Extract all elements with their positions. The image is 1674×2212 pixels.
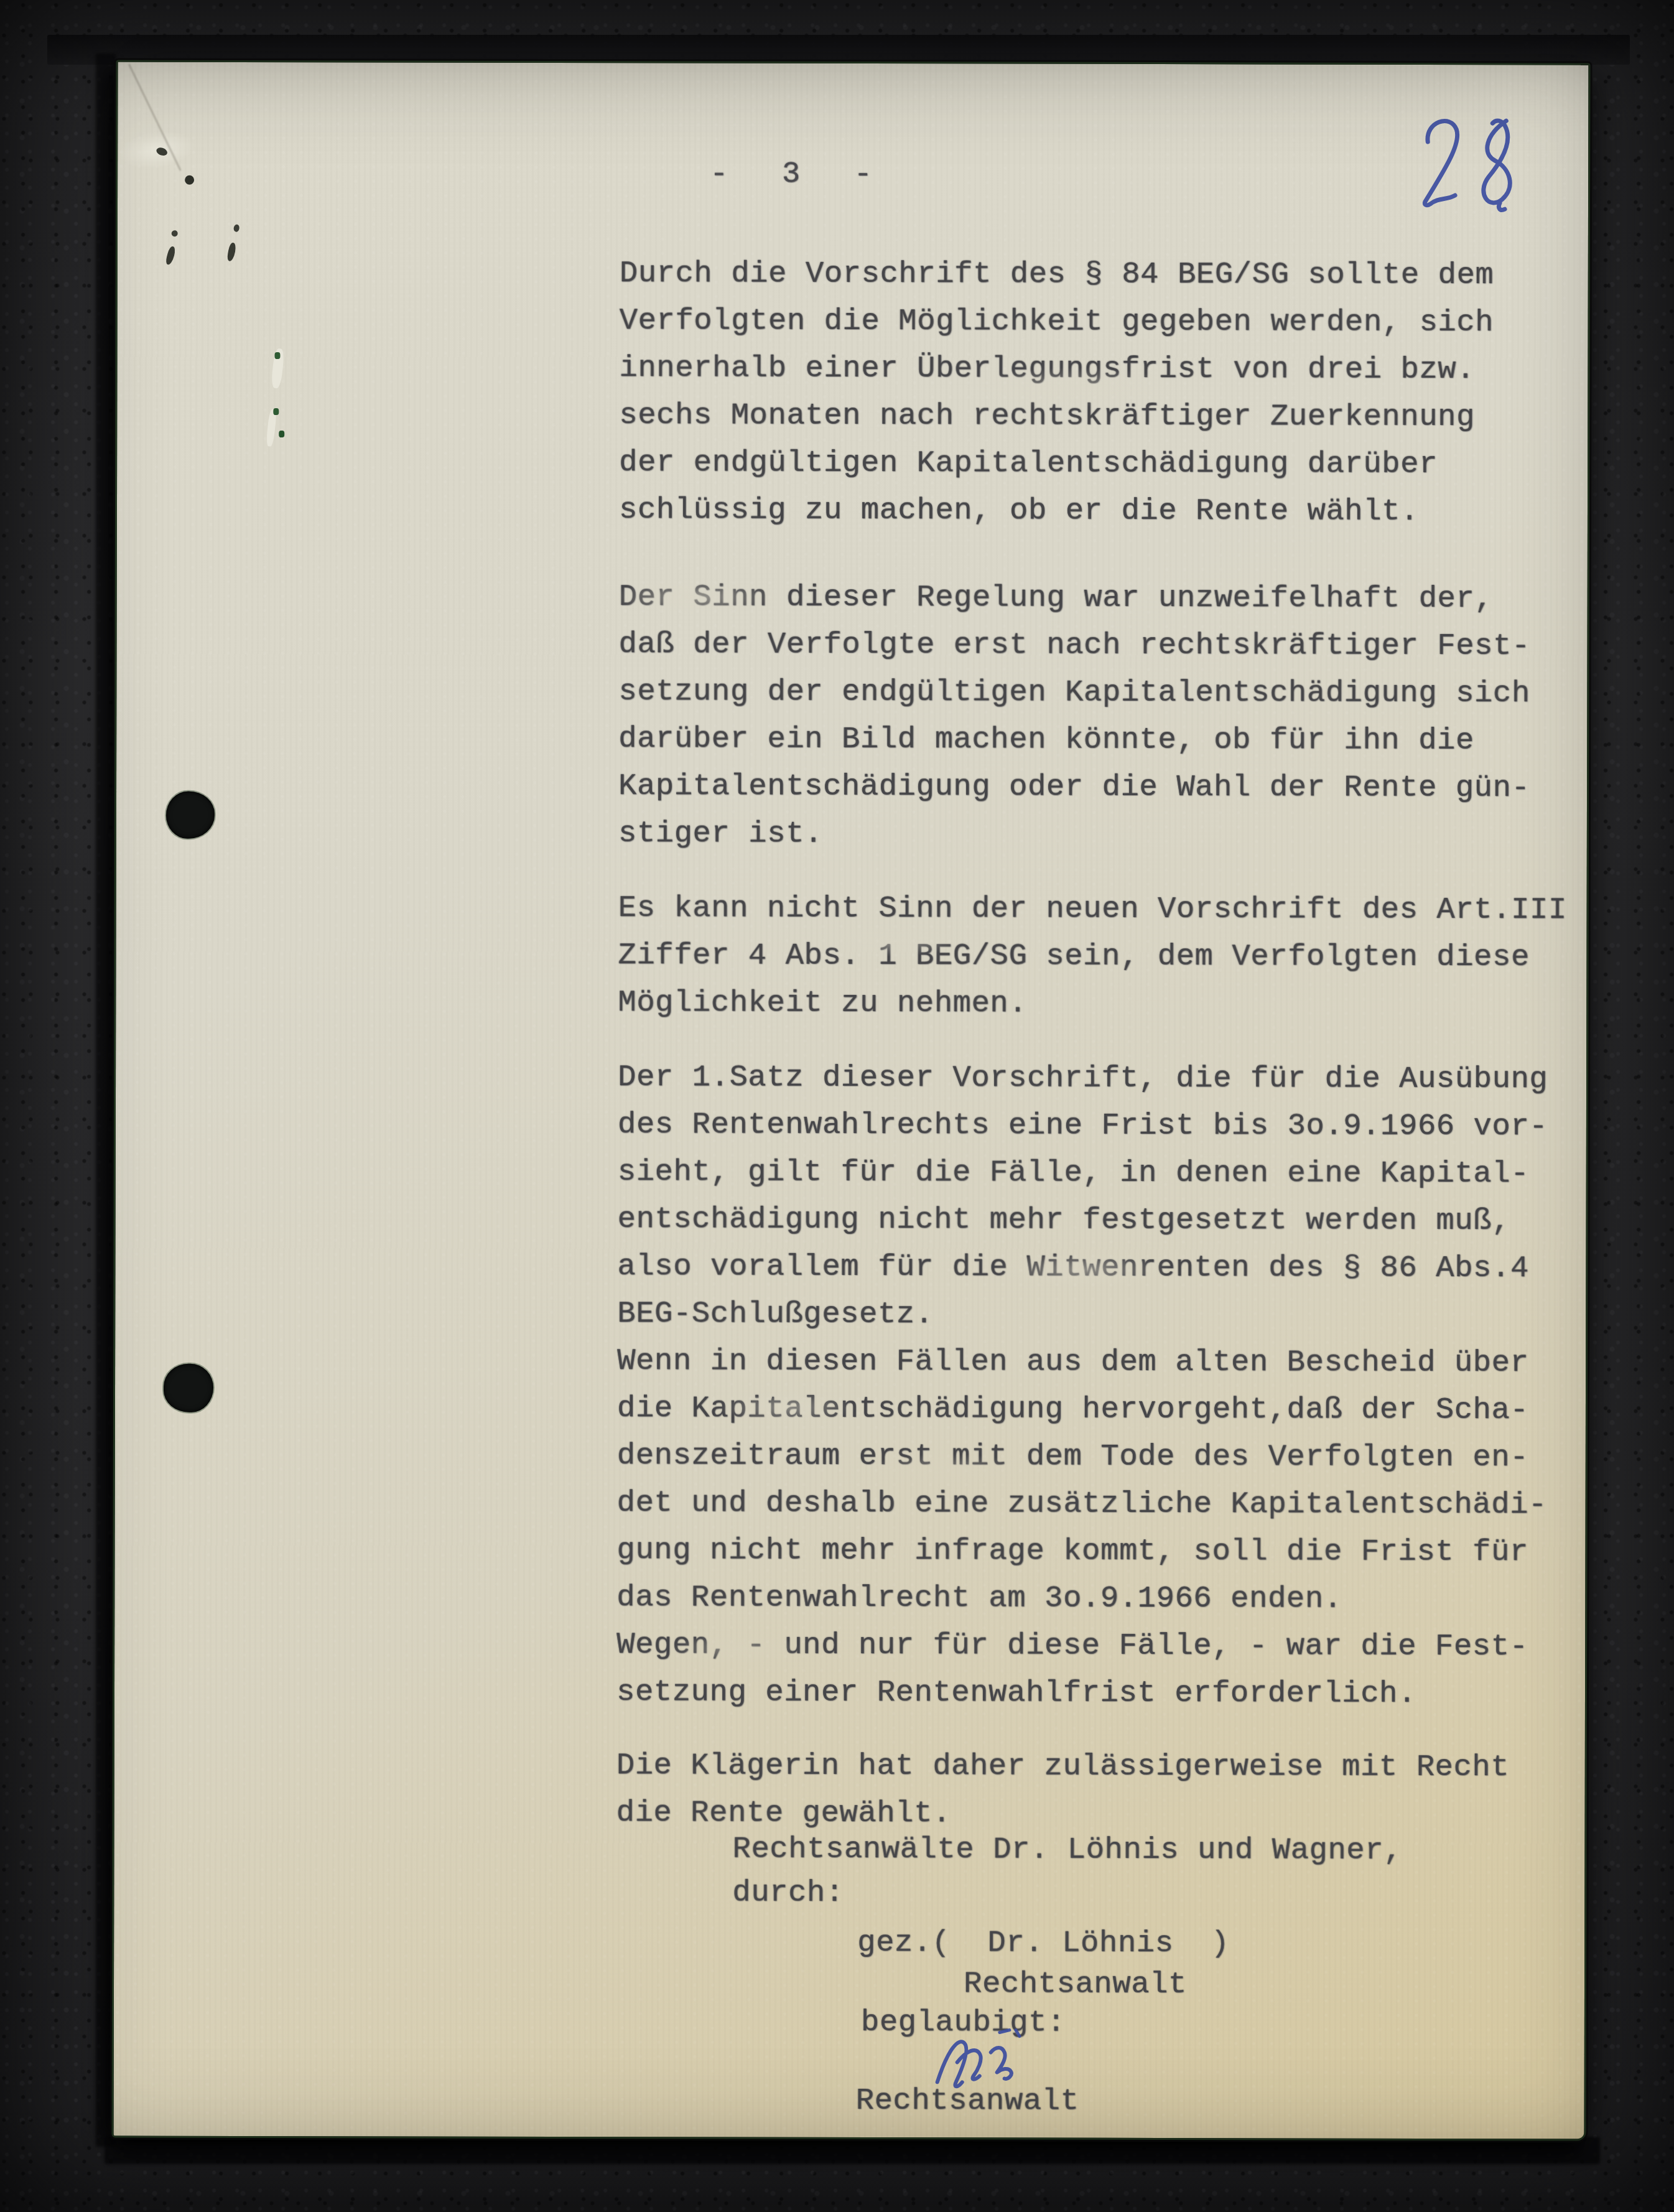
page-number-marker: - 3 - xyxy=(710,157,873,192)
ink-speck xyxy=(185,175,194,185)
punch-hole-bottom xyxy=(164,1364,213,1412)
law-firm-line: Rechtsanwälte Dr. Löhnis und Wagner, xyxy=(732,1832,1402,1868)
handwritten-signature xyxy=(926,2017,1044,2092)
paragraph-1: Durch die Vorschrift des § 84 BEG/SG sol… xyxy=(619,250,1590,535)
staple-hole xyxy=(273,408,279,415)
staple-mark xyxy=(165,246,176,266)
gez-line: gez.( Dr. Löhnis ) xyxy=(857,1925,1229,1961)
paragraph-3: Es kann nicht Sinn der neuen Vorschrift … xyxy=(618,884,1613,1028)
durch-line: durch: xyxy=(732,1875,844,1910)
paragraph-2: Der Sinn dieser Regelung war unzweifelha… xyxy=(618,573,1589,859)
staple-mark xyxy=(226,242,236,261)
paragraph-4: Der 1.Satz dieser Vorschrift, die für di… xyxy=(616,1053,1613,1717)
paragraph-5: Die Klägerin hat daher zulässigerweise m… xyxy=(616,1742,1587,1838)
punch-hole-top xyxy=(166,791,215,839)
handwritten-page-number xyxy=(1407,110,1537,217)
title-rechtsanwalt-1: Rechtsanwalt xyxy=(964,1966,1187,2002)
document-page: - 3 - Durch die Vorschrift des § 84 BEG/… xyxy=(112,60,1591,2141)
staple-hole xyxy=(279,431,284,437)
scanned-archive-photo: { "page": { "header": { "page_marker": "… xyxy=(0,0,1674,2212)
frame-shadow-bottom xyxy=(105,2137,1600,2164)
staple-hole xyxy=(274,352,280,359)
